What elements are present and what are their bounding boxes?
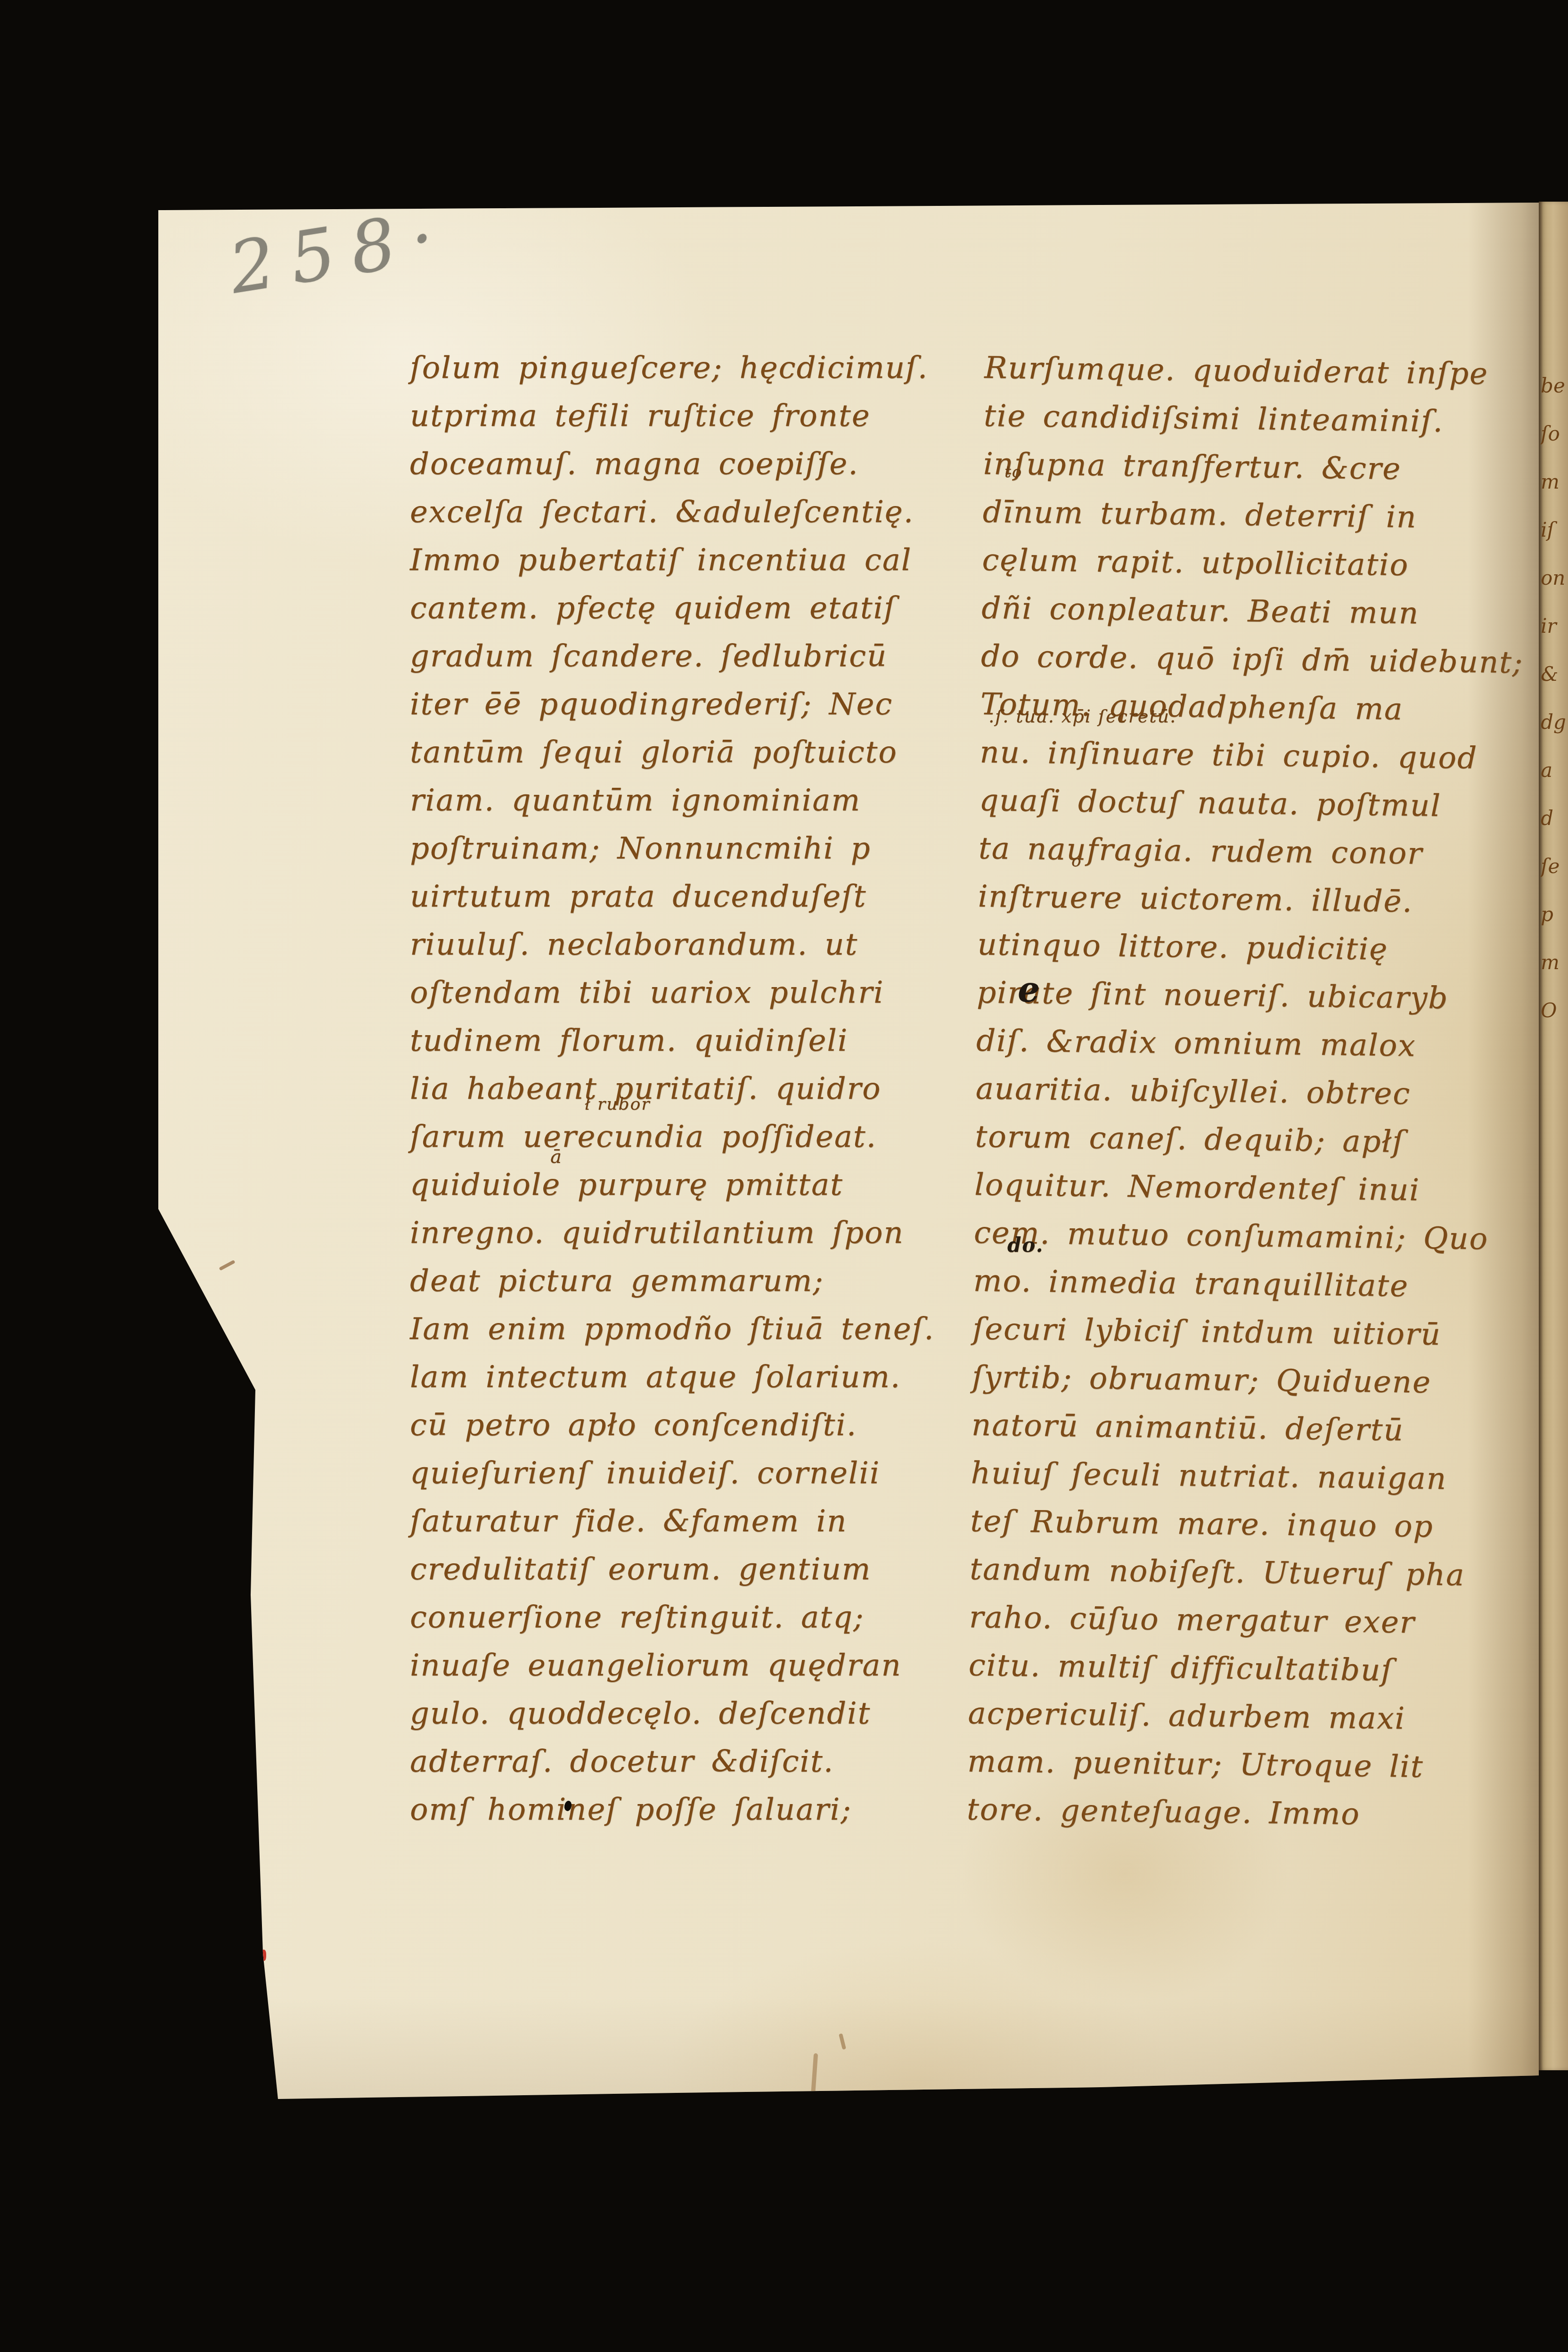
manuscript-line: gradum ſcandere. ſedlubricū xyxy=(410,632,956,680)
fore-edge-pages: beſomiſonir&dgadſepmO xyxy=(1539,202,1568,2070)
fore-edge-fragment: ſo xyxy=(1541,410,1568,458)
text-column-left: ſolum pingueſcere; hęcdicimuſ.utprima te… xyxy=(410,344,956,1834)
fore-edge-fragment: ſe xyxy=(1541,842,1568,890)
margin-pen-flick xyxy=(219,1260,235,1271)
fore-edge-fragment: O xyxy=(1541,987,1568,1035)
manuscript-line: ſarum uerecundia poſſideat. xyxy=(410,1113,956,1161)
manuscript-line: huiuſ ſeculi nutriat. nauigan xyxy=(971,1449,1518,1504)
manuscript-line: Iam enim ppmodño ſtiuā teneſ. xyxy=(410,1305,956,1353)
manuscript-line: inſupna tranſfertur. &cre xyxy=(983,440,1530,495)
manuscript-line: poſtruinam; Nonnuncmihi p xyxy=(410,825,956,873)
manuscript-line: diſ. &radix omnium malox xyxy=(976,1017,1523,1071)
manuscript-line: Immo pubertatiſ incentiua cal xyxy=(410,536,956,584)
manuscript-line: cem. mutuo conſumamini; Quo xyxy=(973,1209,1520,1264)
manuscript-line: uirtutum prata ducenduſeſt xyxy=(410,873,956,921)
fore-edge-fragment: m xyxy=(1541,939,1568,987)
manuscript-line: teſ Rubrum mare. inquo op xyxy=(970,1497,1517,1552)
manuscript-line: ſolum pingueſcere; hęcdicimuſ. xyxy=(410,344,956,392)
manuscript-line: doceamuſ. magna coepiſſe. xyxy=(410,440,956,488)
manuscript-line: torum caneſ. dequib; apłſ xyxy=(975,1113,1522,1168)
fore-edge-fragment: iſ xyxy=(1541,506,1568,554)
fore-edge-fragment: p xyxy=(1541,890,1568,939)
manuscript-line: riam. quantūm ignominiam xyxy=(410,776,956,825)
manuscript-line: do corde. quō ipſi dm̄ uidebunt; xyxy=(980,632,1527,687)
manuscript-line: cantem. pfectę quidem etatiſ xyxy=(410,584,956,632)
manuscript-line: quieſurienſ inuideiſ. cornelii xyxy=(410,1449,956,1497)
photo-background: { "pencil_folio_number": "258·", "manusc… xyxy=(0,0,1568,2352)
manuscript-line: natorū animantiū. deſertū xyxy=(971,1401,1518,1456)
manuscript-line: cęlum rapit. utpollicitatio xyxy=(982,536,1529,591)
ink-correction-e: e xyxy=(1018,970,1040,1010)
interlinear-gloss-o: o xyxy=(1071,852,1082,871)
manuscript-line: omſ homineſ poſſe ſaluari; xyxy=(410,1786,956,1834)
manuscript-line: gulo. quoddecęlo. deſcendit xyxy=(410,1690,956,1738)
manuscript-line: excelſa ſectari. &aduleſcentię. xyxy=(410,488,956,536)
manuscript-line: quiduiole purpurę pmittat xyxy=(410,1161,956,1209)
manuscript-line: oſtendam tibi uariox pulchri xyxy=(410,969,956,1017)
manuscript-line: iter ēē pquodingrederiſ; Nec xyxy=(410,680,956,728)
manuscript-line: ſyrtib; obruamur; Quiduene xyxy=(972,1353,1519,1408)
manuscript-line: Rurſumque. quoduiderat inſpe xyxy=(984,344,1531,399)
manuscript-line: nu. inſinuare tibi cupio. quod xyxy=(980,728,1527,783)
fore-edge-fragment: be xyxy=(1541,362,1568,410)
manuscript-line: quaſi doctuſ nauta. poſtmul xyxy=(979,776,1526,831)
manuscript-line: lia habeant puritatiſ. quidro xyxy=(410,1065,956,1113)
fore-edge-text-fragments: beſomiſonir&dgadſepmO xyxy=(1541,362,1568,1035)
manuscript-page: 258· ſolum pingueſcere; hęcdicimuſ.utpri… xyxy=(158,203,1539,2101)
manuscript-line: dñi conpleatur. Beati mun xyxy=(981,584,1528,639)
fore-edge-fragment: dg xyxy=(1541,698,1568,746)
manuscript-line: tore. genteſuage. Immo xyxy=(966,1786,1513,1840)
manuscript-line: citu. multiſ difficultatibuſ xyxy=(968,1641,1515,1696)
manuscript-line: inuaſe euangeliorum quędran xyxy=(410,1641,956,1690)
manuscript-line: inſtruere uictorem. illudē. xyxy=(978,873,1525,927)
manuscript-line: pirate ſint noueriſ. ubicaryb xyxy=(977,969,1524,1023)
manuscript-line: mo. inmedia tranquillitate xyxy=(973,1257,1520,1312)
manuscript-line: deat pictura gemmarum; xyxy=(410,1257,956,1305)
manuscript-line: conuerſione reſtinguit. atq; xyxy=(410,1593,956,1641)
fore-edge-fragment: a xyxy=(1541,746,1568,794)
text-column-right: Rurſumque. quoduiderat inſpetie candidiſ… xyxy=(966,344,1531,1840)
manuscript-line: tudinem florum. quidinſeli xyxy=(410,1017,956,1065)
fore-edge-fragment: & xyxy=(1541,650,1568,698)
interlinear-gloss-a: ā xyxy=(550,1146,563,1168)
manuscript-line: credulitatiſ eorum. gentium xyxy=(410,1545,956,1593)
manuscript-line: tantūm ſequi gloriā poſtuicto xyxy=(410,728,956,776)
interlinear-gloss-secretu: .ſ. tua. xp̄i ſecretū. xyxy=(988,706,1176,727)
interlinear-gloss-rubor: ł rubor xyxy=(585,1094,650,1114)
interlinear-gloss-do: do. xyxy=(1007,1233,1044,1257)
manuscript-line: ſaturatur fide. &famem in xyxy=(410,1497,956,1545)
manuscript-line: dīnum turbam. deterriſ in xyxy=(982,488,1529,543)
fore-edge-fragment: d xyxy=(1541,794,1568,842)
red-fiber xyxy=(261,1950,266,1961)
manuscript-line: raho. cūſuo mergatur exer xyxy=(969,1593,1516,1648)
manuscript-line: ſecuri lybiciſ intdum uitiorū xyxy=(972,1305,1519,1360)
manuscript-line: loquitur. Nemordenteſ inui xyxy=(974,1161,1521,1216)
manuscript-line: adterraſ. docetur &diſcit. xyxy=(410,1738,956,1786)
interlinear-gloss-to: to xyxy=(1004,463,1022,482)
fore-edge-fragment: on xyxy=(1541,554,1568,602)
manuscript-line: cū petro apło conſcendiſti. xyxy=(410,1401,956,1449)
manuscript-line: tie candidiſsimi linteaminiſ. xyxy=(984,392,1531,447)
pencil-folio-number: 258· xyxy=(224,194,455,310)
manuscript-line: riuuluſ. neclaborandum. ut xyxy=(410,921,956,969)
manuscript-line: utinquo littore. pudicitię xyxy=(977,921,1524,975)
manuscript-line: lam intectum atque ſolarium. xyxy=(410,1353,956,1401)
fore-edge-fragment: m xyxy=(1541,458,1568,506)
gutter-shadow xyxy=(1468,203,1539,2101)
manuscript-line: acpericuliſ. adurbem maxi xyxy=(968,1690,1515,1744)
manuscript-line: ta naufragia. rudem conor xyxy=(978,825,1525,879)
manuscript-line: utprima tefili ruſtice fronte xyxy=(410,392,956,440)
manuscript-line: mam. puenitur; Utroque lit xyxy=(967,1738,1514,1792)
manuscript-line: tandum nobiſeſt. Utueruſ pha xyxy=(970,1545,1517,1600)
fore-edge-fragment: ir xyxy=(1541,602,1568,650)
bottom-shading xyxy=(158,1998,1539,2101)
manuscript-line: auaritia. ubiſcyllei. obtrec xyxy=(975,1065,1522,1119)
manuscript-line: inregno. quidrutilantium ſpon xyxy=(410,1209,956,1257)
